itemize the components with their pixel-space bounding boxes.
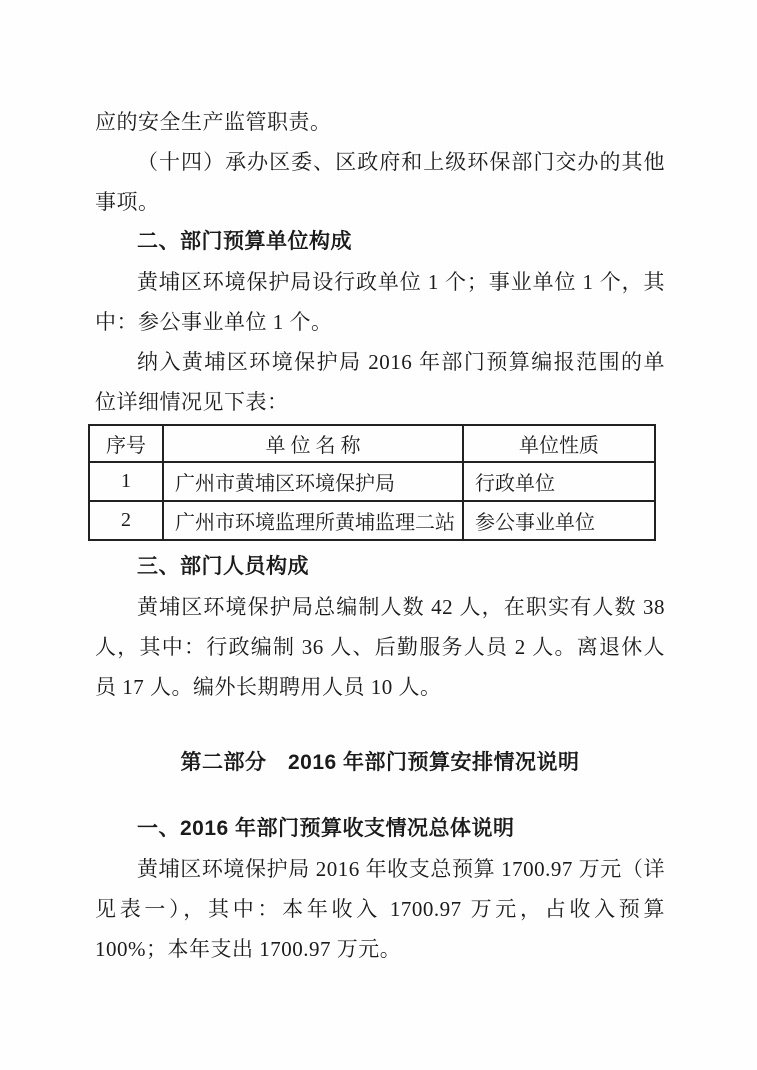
table-cell-seq: 1 [89,462,163,501]
table-cell-type: 参公事业单位 [463,501,655,540]
units-table-header-row: 序号 单 位 名 称 单位性质 [89,425,655,462]
table-row: 1 广州市黄埔区环境保护局 行政单位 [89,462,655,501]
heading-budget-overall: 一、2016 年部门预算收支情况总体说明 [95,809,665,849]
paragraph-units-composition: 黄埔区环境保护局设行政单位 1 个；事业单位 1 个，其中：参公事业单位 1 个… [95,262,665,342]
heading-budget-units: 二、部门预算单位构成 [95,222,665,262]
part2-title: 第二部分 2016 年部门预算安排情况说明 [95,743,665,783]
paragraph-staff-composition: 黄埔区环境保护局总编制人数 42 人，在职实有人数 38 人，其中：行政编制 3… [95,587,665,707]
heading-staff-composition: 三、部门人员构成 [95,547,665,587]
paragraph-item-14: （十四）承办区委、区政府和上级环保部门交办的其他事项。 [95,142,665,222]
paragraph-table-intro: 纳入黄埔区环境保护局 2016 年部门预算编报范围的单位详细情况见下表： [95,342,665,422]
paragraph-budget-summary: 黄埔区环境保护局 2016 年收支总预算 1700.97 万元（详见表一），其中… [95,849,665,969]
paragraph-continuation: 应的安全生产监管职责。 [95,102,665,142]
table-cell-seq: 2 [89,501,163,540]
units-table-header-name: 单 位 名 称 [163,425,463,462]
units-table: 序号 单 位 名 称 单位性质 1 广州市黄埔区环境保护局 行政单位 2 广州市… [88,424,656,541]
units-table-header-type: 单位性质 [463,425,655,462]
table-cell-name: 广州市黄埔区环境保护局 [163,462,463,501]
table-row: 2 广州市环境监理所黄埔监理二站 参公事业单位 [89,501,655,540]
document-page: 应的安全生产监管职责。 （十四）承办区委、区政府和上级环保部门交办的其他事项。 … [0,0,757,1070]
table-cell-name: 广州市环境监理所黄埔监理二站 [163,501,463,540]
units-table-header-seq: 序号 [89,425,163,462]
table-cell-type: 行政单位 [463,462,655,501]
